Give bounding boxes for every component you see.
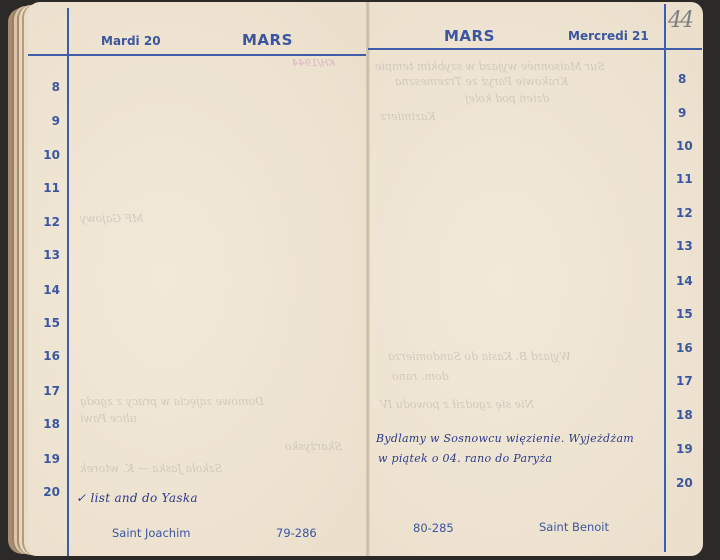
hour-label: 14	[38, 283, 60, 297]
hour-label: 20	[38, 485, 60, 499]
hour-label: 19	[38, 452, 60, 466]
hour-label: 15	[38, 316, 60, 330]
left-day-count: 79-286	[276, 526, 317, 540]
diary-entry-handwriting[interactable]: Bydlamy w Sosnowcu więzienie. Wyjeżdżam	[376, 432, 634, 445]
bleed-through-writing: dom. rano	[392, 370, 449, 383]
bleed-through-writing: Wyjazd B. Kasia do Sandomierza	[388, 350, 571, 363]
hour-label: 12	[676, 206, 698, 220]
hour-label: 9	[678, 106, 700, 120]
hour-label: 18	[676, 408, 698, 422]
right-month-label: MARS	[444, 27, 495, 45]
hour-label: 8	[38, 80, 60, 94]
bleed-through-writing: ulice Pawi	[80, 412, 137, 425]
right-day-count: 80-285	[413, 521, 454, 535]
hour-label: 16	[676, 341, 698, 355]
hour-label: 13	[38, 248, 60, 262]
bleed-through-writing: Nie się zgodził z powodu IV	[380, 398, 534, 411]
bleed-through-writing: Sur Maisonnée wyjazd w szybkim tempie	[375, 60, 605, 73]
hour-label: 14	[676, 274, 698, 288]
bleed-through-writing: Krakowie Paryż ze Trzemeszna	[395, 75, 568, 88]
bleed-through-writing: Skarżysko	[285, 440, 342, 453]
hour-label: 11	[676, 172, 698, 186]
hour-label: 20	[676, 476, 698, 490]
left-month-label: MARS	[242, 31, 293, 49]
left-day-label: Mardi 20	[101, 34, 161, 48]
page-number-pencil: 44	[668, 8, 692, 33]
hour-label: 12	[38, 215, 60, 229]
bleed-through-writing: Szkoła Jaska — K. wtorek	[80, 462, 222, 475]
left-header-rule	[28, 54, 366, 56]
bleed-through-writing: Kazimierz	[380, 110, 436, 123]
hour-label: 18	[38, 417, 60, 431]
bleed-through-writing: MF Gajowy	[80, 212, 143, 225]
hour-label: 10	[38, 148, 60, 162]
left-saint-name: Saint Joachim	[112, 526, 190, 540]
bleed-through-writing: Domowe zajęcia w pracy z zgodą	[80, 395, 264, 408]
bleed-through-writing: dzień pod kolej	[465, 92, 549, 105]
hour-label: 17	[38, 384, 60, 398]
hour-label: 10	[676, 139, 698, 153]
diary-entry-handwriting[interactable]: ✓ list and do Yaska	[76, 491, 198, 505]
right-saint-name: Saint Benoit	[539, 520, 609, 534]
hour-label: 17	[676, 374, 698, 388]
open-diary: Mardi 20 MARS KH/1944 MARS Mercredi 21 4…	[0, 0, 720, 560]
hour-label: 8	[678, 72, 700, 86]
diary-entry-handwriting[interactable]: w piątek o 04. rano do Paryża	[378, 452, 552, 465]
hour-label: 19	[676, 442, 698, 456]
hour-label: 15	[676, 307, 698, 321]
hour-label: 9	[38, 114, 60, 128]
bleed-stamp: KH/1944	[292, 58, 335, 69]
left-margin-rule	[67, 8, 69, 556]
hour-label: 16	[38, 349, 60, 363]
book-gutter	[366, 2, 370, 556]
hour-label: 11	[38, 181, 60, 195]
right-header-rule	[368, 48, 702, 50]
hour-label: 13	[676, 239, 698, 253]
right-margin-rule	[664, 4, 666, 552]
right-day-label: Mercredi 21	[568, 29, 649, 43]
